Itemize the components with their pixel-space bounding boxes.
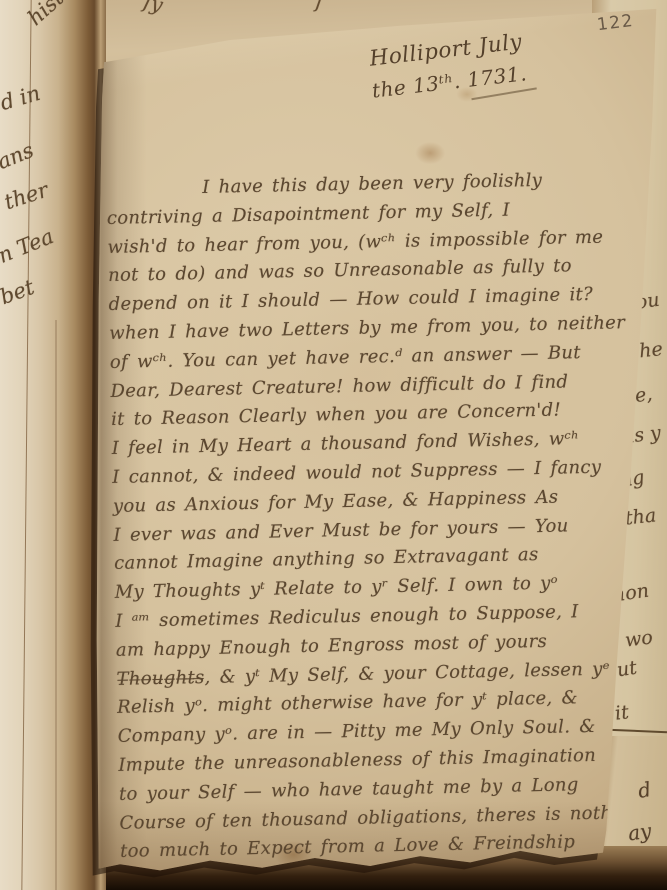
page-edge-fragment: ay	[626, 819, 652, 846]
page-edge-fragment: n Tea	[0, 224, 57, 268]
page-edge-fragment: ſy	[141, 0, 165, 17]
page-divider-rule	[608, 729, 667, 734]
page-edge-fragment: ut	[615, 657, 638, 682]
page-edge-fragment: hist	[23, 0, 68, 30]
page-edge-fragment: tha	[624, 504, 657, 529]
page-number: 122	[596, 11, 635, 35]
page-edge-fragment: d in	[0, 81, 43, 115]
page-edge-fragment: d	[636, 777, 653, 803]
page-edge-fragment: ther	[1, 178, 51, 215]
manuscript-photo: ſy ſ You whe e, as y ng tha hon wo ut it…	[0, 0, 667, 890]
page-edge-fragment: wo	[624, 626, 654, 651]
left-page-stack: hist d in ans ther n Tea bet	[0, 0, 106, 890]
page-edge-fragment: bet	[0, 275, 37, 309]
page-edge-fragment: ans	[0, 138, 37, 174]
page-edge-fragment: it	[614, 701, 630, 725]
page-edge-fragment: e,	[634, 383, 654, 407]
dateline: Holliport July the 13ᵗʰ. 1731.	[325, 25, 571, 115]
letter-body: I have this day been very foolishly cont…	[106, 165, 636, 867]
page-edge-fragment: ſ	[314, 0, 325, 13]
